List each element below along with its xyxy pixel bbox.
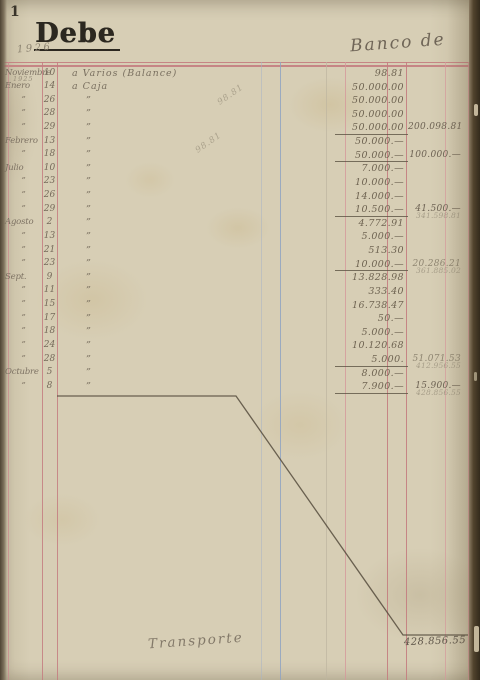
paper-speck <box>474 372 477 381</box>
day-cell: 17 <box>42 313 57 323</box>
description-cell: a Caja <box>72 81 108 92</box>
description-cell: ” <box>72 367 92 378</box>
description-cell: ” <box>72 313 92 324</box>
amount-cell: 16.738.47 <box>336 300 404 311</box>
description-cell: ” <box>72 122 92 133</box>
ledger-row: ” 13 ” 5.000.— <box>0 230 472 244</box>
description-cell: ” <box>72 340 92 351</box>
day-cell: 21 <box>42 245 57 255</box>
amount-cell: 50.000.00 <box>336 82 404 93</box>
amount-cell: 10.120.68 <box>336 340 404 351</box>
description-cell: ” <box>72 149 92 160</box>
ledger-row: ” 17 ” 50.— <box>0 312 472 326</box>
day-cell: 18 <box>42 326 57 336</box>
month-cell: ” <box>5 122 42 132</box>
amount-cell: 50.000.00 <box>336 95 404 106</box>
ledger-row: ” 28 ” 50.000.00 <box>0 107 472 121</box>
ledger-page: 1 Debe 1926 Banco de Noviembre 1925 10 a… <box>0 0 480 680</box>
description-cell: ” <box>72 176 92 187</box>
day-cell: 18 <box>42 149 57 159</box>
day-cell: 9 <box>42 272 57 282</box>
amount-cell: 50.— <box>336 313 404 324</box>
month-cell: ” <box>5 245 42 255</box>
description-cell: ” <box>72 354 92 365</box>
amount-cell: 14.000.— <box>336 191 404 202</box>
ledger-row: ” 26 ” 14.000.— <box>0 189 472 203</box>
amount-cell: 10.000.— <box>336 177 404 188</box>
amount-cell: 50.000.00 <box>336 122 404 133</box>
month-cell: ” <box>5 231 42 241</box>
day-cell: 23 <box>42 176 57 186</box>
paper-speck <box>474 104 478 116</box>
day-cell: 24 <box>42 340 57 350</box>
description-cell: ” <box>72 217 92 228</box>
day-cell: 23 <box>42 258 57 268</box>
page-edge-left <box>0 0 7 680</box>
amount-cell: 13.828.98 <box>336 272 404 283</box>
amount-cell: 10.000.— <box>336 259 404 270</box>
amount-cell: 5.000.— <box>336 231 404 242</box>
day-cell: 5 <box>42 367 57 377</box>
month-cell: ” <box>5 313 42 323</box>
month-cell: ” <box>5 95 42 105</box>
day-cell: 2 <box>42 217 57 227</box>
description-cell: ” <box>72 204 92 215</box>
amount-cell: 5.000.— <box>336 327 404 338</box>
description-cell: ” <box>72 299 92 310</box>
month-cell: Julio <box>5 163 42 173</box>
month-cell: Sept. <box>5 272 42 282</box>
amount-cell: 4.772.91 <box>336 218 404 229</box>
month-cell: ” <box>5 190 42 200</box>
ledger-row: ” 28 ” 5.000. 51.071.53 412.956.55 <box>0 353 472 367</box>
description-cell: ” <box>72 326 92 337</box>
amount-cell: 10.500.— <box>336 204 404 215</box>
description-cell: ” <box>72 258 92 269</box>
ledger-row: ” 29 ” 50.000.00 200.098.81 <box>0 121 472 135</box>
description-cell: ” <box>72 108 92 119</box>
ledger-row: ” 24 ” 10.120.68 <box>0 339 472 353</box>
amount-cell: 7.000.— <box>336 163 404 174</box>
month-cell: ” <box>5 258 42 268</box>
month-cell: ” <box>5 149 42 159</box>
description-cell: ” <box>72 163 92 174</box>
month-cell: Febrero <box>5 136 42 146</box>
day-cell: 15 <box>42 299 57 309</box>
description-cell: ” <box>72 381 92 392</box>
month-cell: Enero <box>5 81 42 91</box>
day-cell: 10 <box>42 68 57 78</box>
month-cell: ” <box>5 354 42 364</box>
day-cell: 29 <box>42 204 57 214</box>
day-cell: 29 <box>42 122 57 132</box>
amount-cell: 7.900.— <box>336 381 404 392</box>
ledger-row: Julio 10 ” 7.000.— <box>0 162 472 176</box>
month-cell: ” <box>5 340 42 350</box>
ledger-row: ” 18 ” 50.000.— 100.000.— <box>0 148 472 162</box>
month-cell: ” <box>5 176 42 186</box>
day-cell: 26 <box>42 95 57 105</box>
amount-cell: 333.40 <box>336 286 404 297</box>
description-cell: ” <box>72 245 92 256</box>
ledger-row: ” 23 ” 10.000.— <box>0 175 472 189</box>
page-edge-right <box>469 0 480 680</box>
ledger-row: ” 23 ” 10.000.— 20.286.21 361.885.02 <box>0 257 472 271</box>
ledger-row: ” 21 ” 513.30 <box>0 244 472 258</box>
amount-cell: 50.000.00 <box>336 109 404 120</box>
amount-cell: 513.30 <box>336 245 404 256</box>
month-cell: ” <box>5 285 42 295</box>
day-cell: 13 <box>42 231 57 241</box>
ledger-row: Noviembre 1925 10 a Varios (Balance) 98.… <box>0 67 472 81</box>
ledger-row: ” 8 ” 7.900.— 15.900.— 428.856.55 <box>0 380 472 394</box>
day-cell: 14 <box>42 81 57 91</box>
ledger-row: Octubre 5 ” 8.000.— <box>0 366 472 380</box>
month-cell: ” <box>5 381 42 391</box>
ledger-row: Febrero 13 ” 50.000.— <box>0 135 472 149</box>
month-cell: ” <box>5 299 42 309</box>
ledger-rows: Noviembre 1925 10 a Varios (Balance) 98.… <box>0 0 480 680</box>
day-cell: 13 <box>42 136 57 146</box>
paper-speck <box>474 626 479 652</box>
ledger-row: ” 29 ” 10.500.— 41.500.— 341.598.81 <box>0 203 472 217</box>
description-cell: ” <box>72 272 92 283</box>
amount-cell: 50.000.— <box>336 136 404 147</box>
amount-cell: 98.81 <box>336 68 404 79</box>
month-cell: ” <box>5 108 42 118</box>
page-edge-shadow <box>447 0 469 680</box>
amount-cell: 50.000.— <box>336 150 404 161</box>
ledger-row: ” 15 ” 16.738.47 <box>0 298 472 312</box>
month-cell: Agosto <box>5 217 42 227</box>
ledger-row: Sept. 9 ” 13.828.98 <box>0 271 472 285</box>
day-cell: 28 <box>42 108 57 118</box>
amount-underline <box>335 393 408 394</box>
month-cell: ” <box>5 326 42 336</box>
day-cell: 26 <box>42 190 57 200</box>
description-cell: ” <box>72 190 92 201</box>
day-cell: 11 <box>42 285 57 295</box>
day-cell: 28 <box>42 354 57 364</box>
day-cell: 8 <box>42 381 57 391</box>
ledger-row: ” 18 ” 5.000.— <box>0 325 472 339</box>
amount-cell: 8.000.— <box>336 368 404 379</box>
ledger-row: ” 11 ” 333.40 <box>0 284 472 298</box>
description-cell: ” <box>72 136 92 147</box>
month-cell: Octubre <box>5 367 42 377</box>
amount-cell: 5.000. <box>336 354 404 365</box>
month-cell: ” <box>5 204 42 214</box>
description-cell: ” <box>72 231 92 242</box>
description-cell: a Varios (Balance) <box>72 68 177 79</box>
description-cell: ” <box>72 95 92 106</box>
description-cell: ” <box>72 285 92 296</box>
ledger-row: Agosto 2 ” 4.772.91 <box>0 216 472 230</box>
day-cell: 10 <box>42 163 57 173</box>
